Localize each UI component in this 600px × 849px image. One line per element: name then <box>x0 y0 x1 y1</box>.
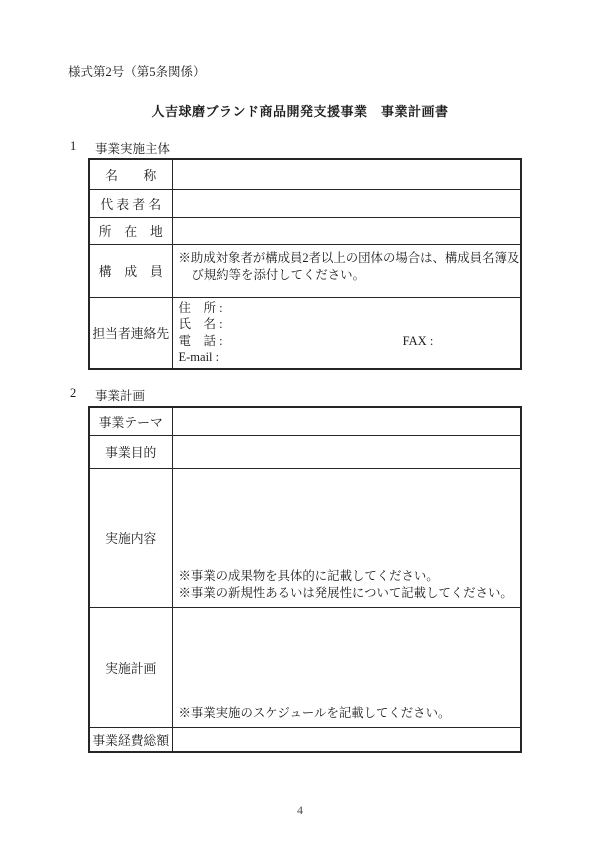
section2-heading: 2 事業計画 <box>70 386 145 404</box>
purpose-label: 事業目的 <box>89 435 172 468</box>
total-cost-label: 事業経費総額 <box>89 727 172 752</box>
page-number: 4 <box>0 803 600 818</box>
representative-label: 代 表 者 名 <box>89 189 172 217</box>
section2-heading-text: 事業計画 <box>95 386 145 404</box>
table-row-contact: 担当者連絡先 住 所 : 氏 名 : 電 話 :FAX : E-mail : <box>89 297 521 369</box>
table-row-representative: 代 表 者 名 <box>89 189 521 217</box>
details-note1: ※事業の成果物を具体的に記載してください。 <box>179 568 515 586</box>
section1-number: 1 <box>70 139 95 157</box>
schedule-label: 実施計画 <box>89 607 172 727</box>
schedule-note1: ※事業実施のスケジュールを記載してください。 <box>179 705 515 723</box>
table-row-members: 構 成 員 ※助成対象者が構成員2者以上の団体の場合は、構成員名簿及 び規約等を… <box>89 244 521 297</box>
name-value-cell <box>172 159 521 189</box>
total-cost-value-cell <box>172 727 521 752</box>
members-label: 構 成 員 <box>89 244 172 297</box>
section1-heading: 1 事業実施主体 <box>70 139 170 157</box>
table-row-name: 名 称 <box>89 159 521 189</box>
theme-value-cell <box>172 407 521 435</box>
contact-name-line: 氏 名 : <box>179 316 515 333</box>
members-note-line1: ※助成対象者が構成員2者以上の団体の場合は、構成員名簿及 <box>179 250 515 268</box>
table-row-theme: 事業テーマ <box>89 407 521 435</box>
purpose-value-cell <box>172 435 521 468</box>
members-value-cell: ※助成対象者が構成員2者以上の団体の場合は、構成員名簿及 び規約等を添付してくだ… <box>172 244 521 297</box>
contact-email-line: E-mail : <box>179 349 515 366</box>
table-row-details: 実施内容 ※事業の成果物を具体的に記載してください。 ※事業の新規性あるいは発展… <box>89 468 521 607</box>
table-row-total-cost: 事業経費総額 <box>89 727 521 752</box>
schedule-value-cell: ※事業実施のスケジュールを記載してください。 <box>172 607 521 727</box>
section2-number: 2 <box>70 386 95 404</box>
representative-value-cell <box>172 189 521 217</box>
name-label: 名 称 <box>89 159 172 189</box>
contact-phone-line: 電 話 :FAX : <box>179 333 515 350</box>
section1-heading-text: 事業実施主体 <box>95 139 170 157</box>
document-page: 様式第2号（第5条関係） 人吉球磨ブランド商品開発支援事業 事業計画書 1 事業… <box>0 0 600 849</box>
contact-address-line: 住 所 : <box>179 300 515 317</box>
table-row-schedule: 実施計画 ※事業実施のスケジュールを記載してください。 <box>89 607 521 727</box>
details-label: 実施内容 <box>89 468 172 607</box>
table-row-location: 所 在 地 <box>89 217 521 244</box>
theme-label: 事業テーマ <box>89 407 172 435</box>
entity-table: 名 称 代 表 者 名 所 在 地 構 成 員 ※助成対象者が構成員2者以上の団… <box>88 158 522 370</box>
fax-label: FAX : <box>403 334 434 348</box>
contact-label: 担当者連絡先 <box>89 297 172 369</box>
form-number: 様式第2号（第5条関係） <box>68 62 206 80</box>
table-row-purpose: 事業目的 <box>89 435 521 468</box>
members-note-line2: び規約等を添付してください。 <box>179 267 515 285</box>
location-value-cell <box>172 217 521 244</box>
location-label: 所 在 地 <box>89 217 172 244</box>
details-note2: ※事業の新規性あるいは発展性について記載してください。 <box>179 585 515 603</box>
details-value-cell: ※事業の成果物を具体的に記載してください。 ※事業の新規性あるいは発展性について… <box>172 468 521 607</box>
contact-value-cell: 住 所 : 氏 名 : 電 話 :FAX : E-mail : <box>172 297 521 369</box>
phone-label: 電 話 : <box>179 334 223 348</box>
document-title: 人吉球磨ブランド商品開発支援事業 事業計画書 <box>0 101 600 120</box>
plan-table: 事業テーマ 事業目的 実施内容 ※事業の成果物を具体的に記載してください。 ※事… <box>88 406 522 753</box>
